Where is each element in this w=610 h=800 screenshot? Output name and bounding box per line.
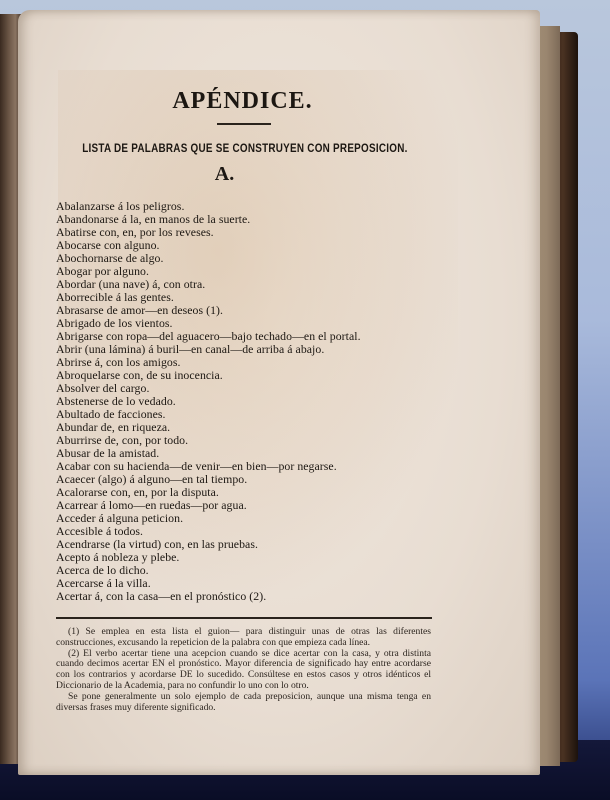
page-content: APÉNDICE. LISTA DE PALABRAS QUE SE CONST… [56, 88, 431, 713]
book-page: APÉNDICE. LISTA DE PALABRAS QUE SE CONST… [18, 10, 540, 775]
footnote-1: (1) Se emplea en esta lista el guion— pa… [56, 627, 431, 649]
title-divider [217, 123, 271, 125]
section-letter: A. [18, 163, 431, 186]
page-subtitle: LISTA DE PALABRAS QUE SE CONSTRUYEN CON … [82, 143, 405, 155]
footnote-2: (2) El verbo acertar tiene una acepcion … [56, 649, 431, 692]
footnote-divider [56, 617, 432, 619]
page-title: APÉNDICE. [54, 88, 431, 115]
footnote-3: Se pone generalmente un solo ejemplo de … [56, 692, 431, 714]
entry-list: Abalanzarse á los peligros. Abandonarse … [56, 200, 431, 603]
list-item: Acertar á, con la casa—en el pronóstico … [56, 590, 431, 603]
footnotes: (1) Se emplea en esta lista el guion— pa… [56, 627, 431, 713]
